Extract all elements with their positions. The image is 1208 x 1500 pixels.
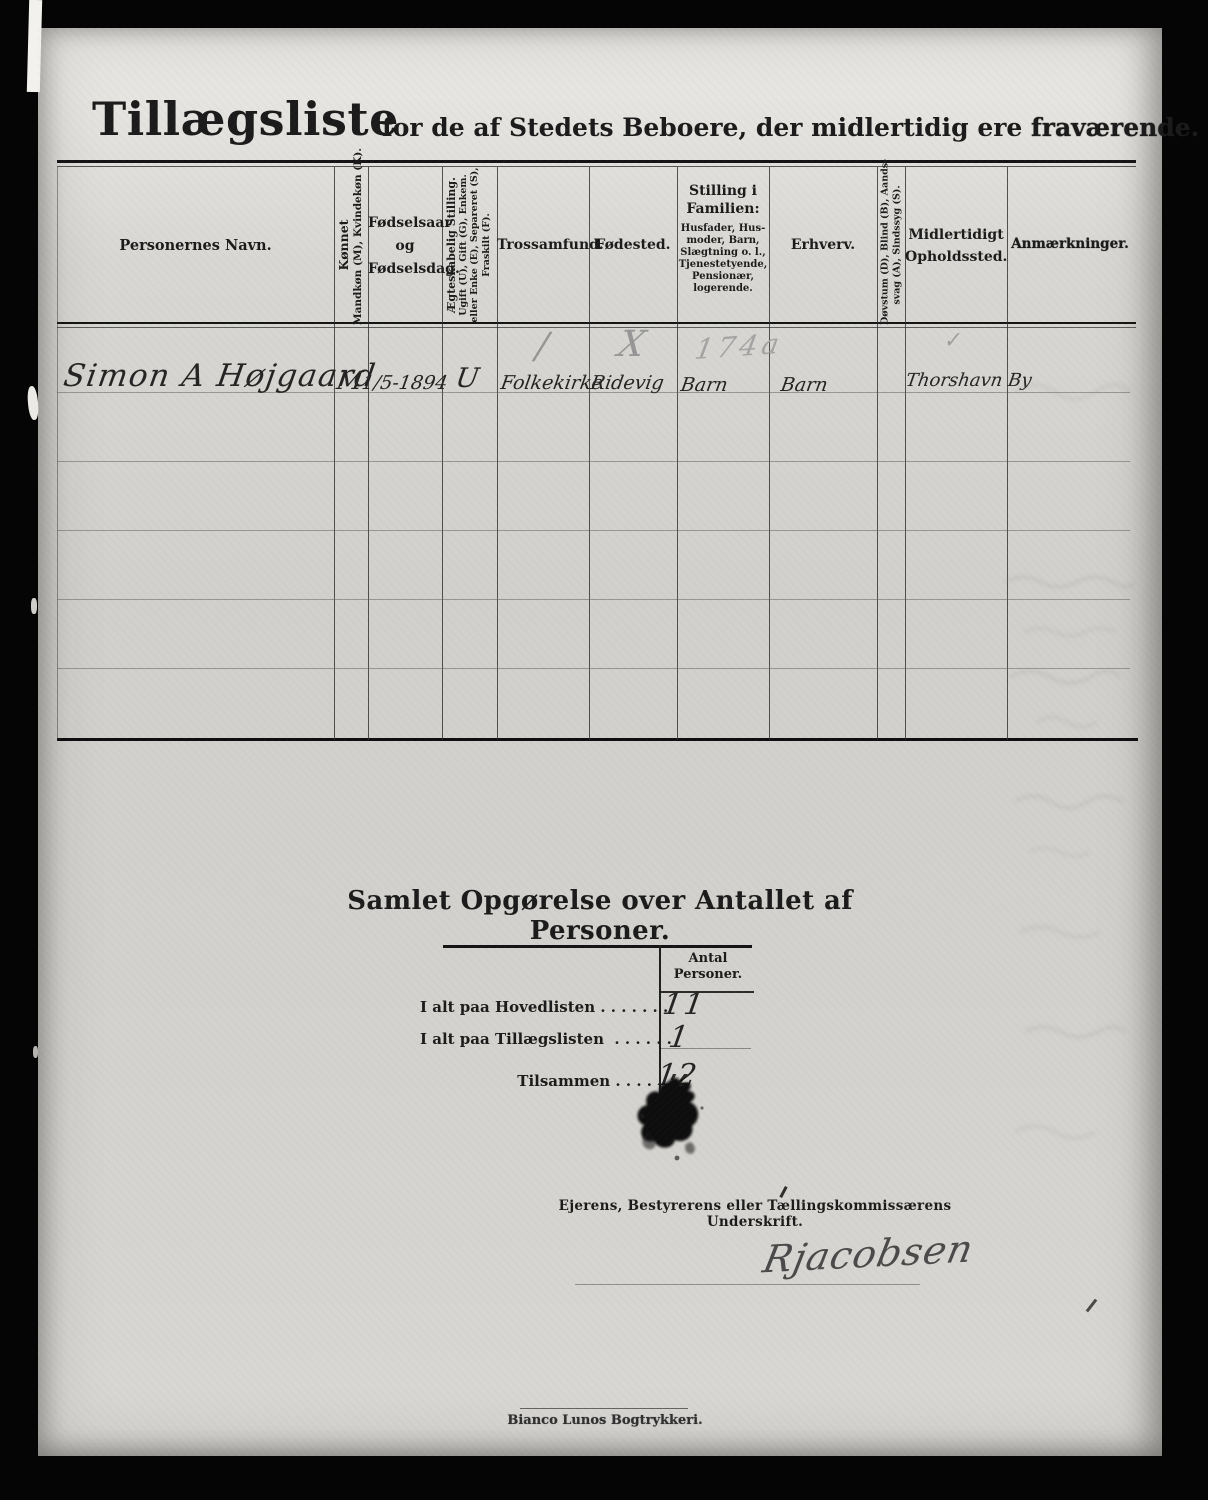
- signature-label: Ejerens, Bestyrerens eller Tællingskommi…: [515, 1198, 995, 1230]
- header-stilling-detail5: Pensionær,: [677, 271, 769, 283]
- header-aegteskabelig-line2: Ugift (U), Gift (G), Enkem.: [458, 165, 470, 325]
- header-aegteskabelig-line1: Ægteskabelig Stilling.: [446, 165, 458, 325]
- header-stilling-detail3: Slægtning o. l.,: [677, 247, 769, 259]
- header-foedselsaar: Fødselsaar og Fødselsdag.: [368, 212, 442, 281]
- header-aegteskabelig-line3: eller Enke (E), Separeret (S),: [469, 165, 481, 325]
- summary-title: Samlet Opgørelse over Antallet af Person…: [300, 886, 900, 946]
- title-rule-thin: [57, 166, 1136, 167]
- printer-imprint: Bianco Lunos Bogtrykkeri.: [460, 1413, 750, 1428]
- summary-col-header-line2: Personer.: [662, 967, 754, 983]
- header-foedselsaar-line1: Fødselsaar: [368, 212, 442, 235]
- page-title-subtitle: for de af Stedets Beboere, der midlertid…: [382, 113, 1199, 142]
- header-midlertidigt-opholdssted: Midlertidigt Opholdssted.: [905, 224, 1007, 268]
- header-koennet: Kønnet Mandkøn (M), Kvindekøn (K).: [337, 165, 365, 325]
- signature-line: [575, 1284, 920, 1285]
- table-vline: [442, 167, 443, 740]
- header-foedested: Fødested.: [589, 237, 677, 253]
- row-occupation-handwriting: Barn: [779, 374, 829, 396]
- header-foedselsaar-line3: Fødselsdag.: [368, 258, 442, 281]
- summary-row-label-tilsammen: Tilsammen . . . .: [420, 1072, 652, 1090]
- summary-col-header: Antal Personer.: [662, 951, 754, 983]
- bleed-through-ghost-marks: [995, 330, 1170, 1210]
- summary-top-rule: [443, 945, 752, 948]
- header-midlertidigt-line1: Midlertidigt: [905, 224, 1007, 246]
- scanned-census-form: Tillægsliste for de af Stedets Beboere, …: [0, 0, 1208, 1500]
- header-stilling-detail1: Husfader, Hus-: [677, 223, 769, 235]
- header-stilling-i-familien: Stilling i Familien: Husfader, Hus- mode…: [677, 182, 769, 295]
- header-anmaerkninger: Anmærkninger.: [1007, 236, 1133, 252]
- page-title-main: Tillægsliste: [92, 92, 399, 146]
- page-title-emphasis: fraværende.: [1031, 113, 1199, 142]
- header-stilling-line1: Stilling i: [677, 182, 769, 200]
- torn-edge-speck: [31, 598, 37, 614]
- row-marital-handwriting: U: [454, 363, 482, 394]
- torn-edge-speck: [27, 0, 42, 92]
- header-doevstum-line2: svag (A), Sindssyg (S).: [891, 165, 903, 325]
- header-doevstum-line1: Døvstum (D), Blind (B), Aands-: [880, 165, 892, 325]
- footer-rule: [520, 1408, 688, 1409]
- header-midlertidigt-line2: Opholdssted.: [905, 246, 1007, 268]
- header-bottom-rule-thin: [57, 327, 1136, 328]
- summary-row-value-hovedlisten: 11: [660, 987, 708, 1022]
- row-birthdate-handwriting: 1/5-1894: [360, 372, 449, 394]
- header-stilling-detail6: logerende.: [677, 283, 769, 295]
- header-trossamfund: Trossamfund.: [497, 237, 589, 253]
- page-title-rest: for de af Stedets Beboere, der midlertid…: [382, 113, 1031, 142]
- table-bottom-rule: [57, 738, 1138, 741]
- summary-row-label-hovedlisten: I alt paa Hovedlisten . . . . . . .: [420, 998, 652, 1016]
- summary-row-label-tillaegslisten: I alt paa Tillægslisten . . . . . .: [420, 1030, 652, 1048]
- summary-faint-rule: [659, 1048, 751, 1049]
- row-family-handwriting: Barn: [679, 374, 729, 396]
- header-stilling-detail2: moder, Barn,: [677, 235, 769, 247]
- header-personernes-navn: Personernes Navn.: [57, 237, 334, 254]
- header-erhverv: Erhverv.: [769, 237, 877, 253]
- table-vline: [334, 167, 335, 740]
- header-foedselsaar-line2: og: [368, 235, 442, 258]
- header-aegteskabelig: Ægteskabelig Stilling. Ugift (U), Gift (…: [446, 165, 492, 325]
- table-row-line: [57, 668, 1130, 669]
- title-rule-thick: [57, 160, 1136, 163]
- header-bottom-rule-thick: [57, 322, 1136, 324]
- header-koennet-line1: Kønnet: [337, 165, 351, 325]
- summary-col-header-line1: Antal: [662, 951, 754, 967]
- ink-blot: [628, 1074, 722, 1166]
- header-stilling-line2: Familien:: [677, 200, 769, 218]
- pencil-check-mark: ✓: [942, 327, 962, 353]
- header-stilling-detail4: Tjenestetyende,: [677, 259, 769, 271]
- pencil-lot-number: 174a: [692, 327, 785, 366]
- torn-edge-speck: [33, 1046, 38, 1058]
- header-doevstum: Døvstum (D), Blind (B), Aands- svag (A),…: [880, 165, 903, 325]
- header-aegteskabelig-line4: Fraskilt (F).: [481, 165, 493, 325]
- table-row-line: [57, 461, 1130, 462]
- table-row-line: [57, 599, 1130, 600]
- table-row-line: [57, 530, 1130, 531]
- table-vline: [877, 167, 878, 740]
- row-name-handwriting: Simon A Højgaard: [61, 358, 379, 394]
- row-birthplace-handwriting: Ridevig: [589, 372, 665, 394]
- header-koennet-line2: Mandkøn (M), Kvindekøn (K).: [351, 165, 365, 325]
